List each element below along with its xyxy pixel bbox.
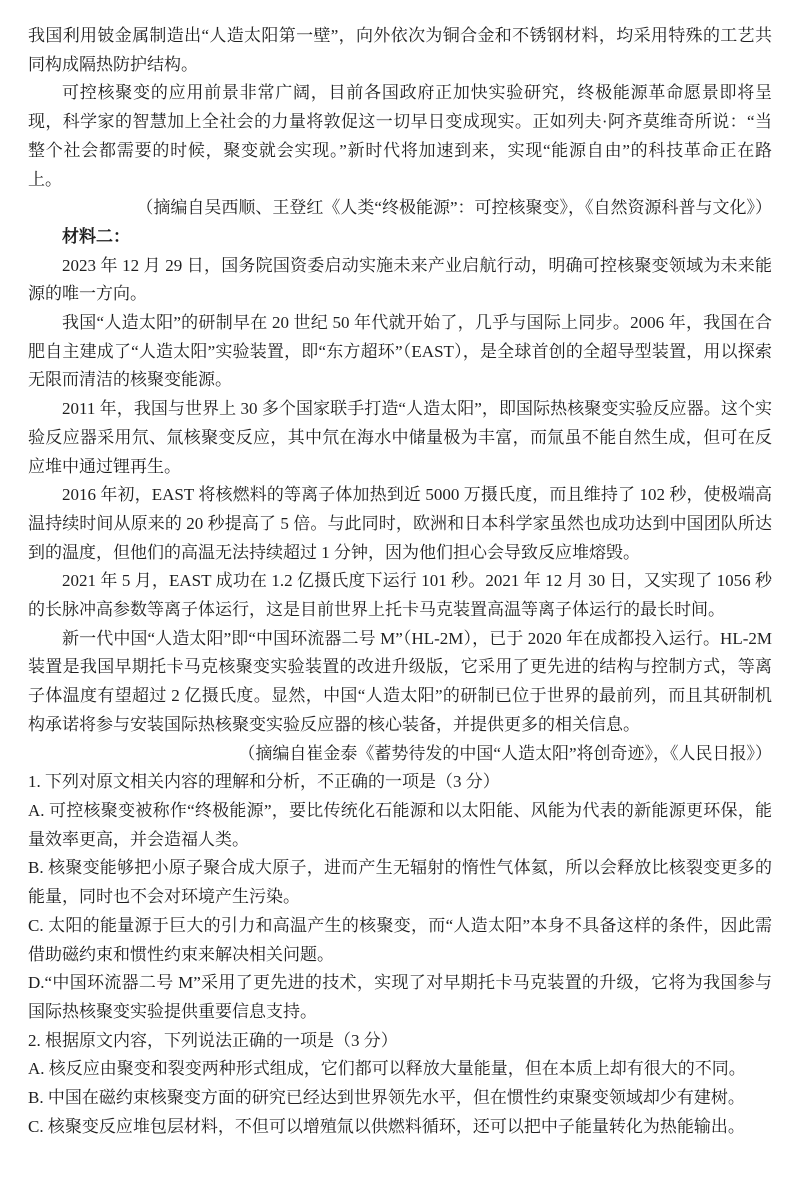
material-two-heading: 材料二：: [28, 223, 772, 252]
material-two-citation: （摘编自崔金泰《蓄势待发的中国“人造太阳”将创奇迹》，《人民日报》）: [28, 740, 772, 769]
material-one-citation: （摘编自吴西顺、王登红《人类“终极能源”：可控核聚变》，《自然资源科普与文化》）: [28, 194, 772, 223]
question-1-option-c: C. 太阳的能量源于巨大的引力和高温产生的核聚变，而“人造太阳”本身不具备这样的…: [28, 912, 772, 969]
material-two-paragraph-5: 2021 年 5 月，EAST 成功在 1.2 亿摄氏度下运行 101 秒。20…: [28, 567, 772, 624]
material-two-paragraph-1: 2023 年 12 月 29 日，国务院国资委启动实施未来产业启航行动，明确可控…: [28, 252, 772, 309]
material-two-paragraph-3: 2011 年，我国与世界上 30 多个国家联手打造“人造太阳”，即国际热核聚变实…: [28, 395, 772, 481]
question-2-stem: 2. 根据原文内容，下列说法正确的一项是（3 分）: [28, 1027, 772, 1056]
question-2-option-c: C. 核聚变反应堆包层材料，不但可以增殖氚以供燃料循环，还可以把中子能量转化为热…: [28, 1113, 772, 1142]
question-2-option-b: B. 中国在磁约束核聚变方面的研究已经达到世界领先水平，但在惯性约束聚变领域却少…: [28, 1084, 772, 1113]
question-1-option-a: A. 可控核聚变被称作“终极能源”，要比传统化石能源和以太阳能、风能为代表的新能…: [28, 797, 772, 854]
question-2-option-a: A. 核反应由聚变和裂变两种形式组成，它们都可以释放大量能量，但在本质上却有很大…: [28, 1055, 772, 1084]
material-two-paragraph-6: 新一代中国“人造太阳”即“中国环流器二号 M”（HL-2M），已于 2020 年…: [28, 625, 772, 740]
material-one-paragraph: 可控核聚变的应用前景非常广阔，目前各国政府正加快实验研究，终极能源革命愿景即将呈…: [28, 79, 772, 194]
question-1-option-d: D.“中国环流器二号 M”采用了更先进的技术，实现了对早期托卡马克装置的升级，它…: [28, 969, 772, 1026]
question-1-option-b: B. 核聚变能够把小原子聚合成大原子，进而产生无辐射的惰性气体氦，所以会释放比核…: [28, 854, 772, 911]
material-two-paragraph-2: 我国“人造太阳”的研制早在 20 世纪 50 年代就开始了，几乎与国际上同步。2…: [28, 309, 772, 395]
question-1-stem: 1. 下列对原文相关内容的理解和分析，不正确的一项是（3 分）: [28, 768, 772, 797]
material-two-paragraph-4: 2016 年初，EAST 将核燃料的等离子体加热到近 5000 万摄氏度，而且维…: [28, 481, 772, 567]
document-page: 我国利用铍金属制造出“人造太阳第一壁”，向外依次为铜合金和不锈钢材料，均采用特殊…: [0, 0, 800, 1189]
material-one-paragraph-continuation: 我国利用铍金属制造出“人造太阳第一壁”，向外依次为铜合金和不锈钢材料，均采用特殊…: [28, 22, 772, 79]
